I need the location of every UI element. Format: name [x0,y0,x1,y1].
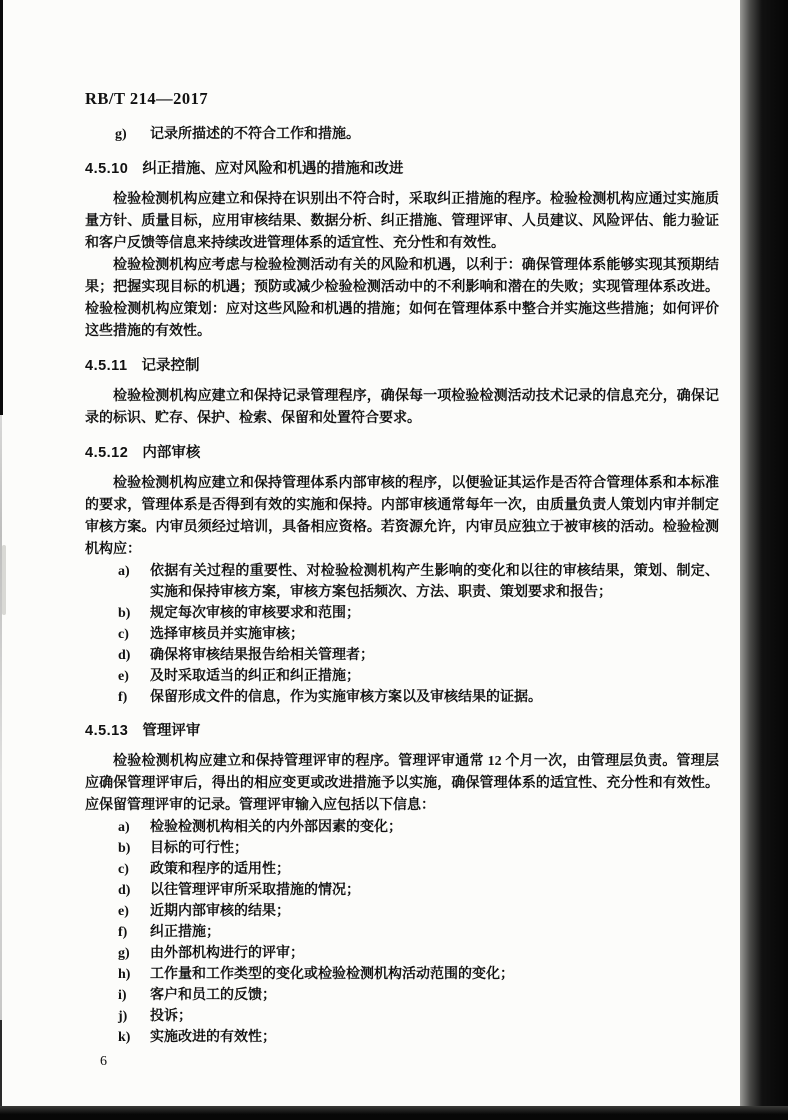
list-item: k) 实施改进的有效性； [85,1027,719,1048]
list-item-text: 目标的可行性； [150,841,248,856]
list-item: c) 政策和程序的适用性； [85,859,719,880]
list-item: c) 选择审核员并实施审核； [85,624,719,645]
list-item-text: 规定每次审核的审核要求和范围； [150,606,360,621]
section-title: 内部审核 [142,445,200,461]
list-item-text: 保留形成文件的信息，作为实施审核方案以及审核结果的证据。 [150,690,542,705]
list-marker: f) [118,922,127,943]
list-marker: e) [118,666,129,687]
list-item: i) 客户和员工的反馈； [85,985,719,1006]
list-item: a) 依据有关过程的重要性、对检验检测机构产生影响的变化和以往的审核结果，策划、… [85,561,719,603]
list-item: d) 以往管理评审所采取措施的情况； [85,880,719,901]
list-item: e) 近期内部审核的结果； [85,901,719,922]
list-item-text: 纠正措施； [150,925,220,940]
list-item-text: 选择审核员并实施审核； [150,627,304,642]
paragraph: 检验检测机构应建立和保持在识别出不符合时，采取纠正措施的程序。检验检测机构应通过… [85,189,719,255]
section-number: 4.5.11 [85,358,128,374]
list-item: h) 工作量和工作类型的变化或检验检测机构活动范围的变化； [85,964,719,985]
list-marker: b) [118,838,130,859]
list-item-text: 检验检测机构相关的内外部因素的变化； [150,820,402,835]
list-marker: d) [118,880,130,901]
list-marker: a) [118,817,130,838]
list-marker: c) [118,859,129,880]
list-item: g) 记录所描述的不符合工作和措施。 [85,124,719,146]
scan-edge-left-bottom [0,1020,2,1120]
section-heading: 4.5.10纠正措施、应对风险和机遇的措施和改进 [85,158,719,180]
list-marker: k) [118,1027,130,1048]
list-item: e) 及时采取适当的纠正和纠正措施； [85,666,719,687]
section-4-5-10: 4.5.10纠正措施、应对风险和机遇的措施和改进 检验检测机构应建立和保持在识别… [85,158,719,343]
section-heading: 4.5.12内部审核 [85,442,719,464]
list-item-text: 记录所描述的不符合工作和措施。 [150,127,360,142]
list-item: a) 检验检测机构相关的内外部因素的变化； [85,817,719,838]
management-review-inputs-list: a) 检验检测机构相关的内外部因素的变化； b) 目标的可行性； c) 政策和程… [85,817,719,1048]
list-item-text: 确保将审核结果报告给相关管理者； [150,648,374,663]
document-page: RB/T 214—2017 g) 记录所描述的不符合工作和措施。 4.5.10纠… [85,88,719,1073]
section-4-5-13: 4.5.13管理评审 检验检测机构应建立和保持管理评审的程序。管理评审通常 12… [85,720,719,1048]
list-item: b) 规定每次审核的审核要求和范围； [85,603,719,624]
list-item: j) 投诉； [85,1006,719,1027]
page-number: 6 [100,1051,719,1073]
list-item-text: 及时采取适当的纠正和纠正措施； [150,669,360,684]
list-marker: j) [118,1006,127,1027]
audit-requirements-list: a) 依据有关过程的重要性、对检验检测机构产生影响的变化和以往的审核结果，策划、… [85,561,719,708]
list-marker: g) [118,943,130,964]
section-number: 4.5.12 [85,445,128,461]
list-item-text: 政策和程序的适用性； [150,862,290,877]
list-marker: i) [118,985,127,1006]
section-title: 记录控制 [142,358,200,374]
section-number: 4.5.13 [85,723,128,739]
list-marker: a) [118,561,130,582]
scan-edge-left-top [0,0,3,415]
section-heading: 4.5.11记录控制 [85,355,719,377]
list-item: f) 纠正措施； [85,922,719,943]
list-item-text: 投诉； [150,1009,192,1024]
section-title: 管理评审 [142,723,200,739]
section-4-5-11: 4.5.11记录控制 检验检测机构应建立和保持记录管理程序，确保每一项检验检测活… [85,355,719,430]
list-item: g) 由外部机构进行的评审； [85,943,719,964]
paragraph: 检验检测机构应考虑与检验检测活动有关的风险和机遇，以利于：确保管理体系能够实现其… [85,255,719,343]
scan-edge-bottom-band [0,1106,788,1120]
list-item-text: 近期内部审核的结果； [150,904,290,919]
list-marker: g) [115,124,127,146]
list-marker: f) [118,687,127,708]
list-item-text: 客户和员工的反馈； [150,988,276,1003]
list-marker: h) [118,964,130,985]
scan-smudge [2,545,6,615]
list-marker: c) [118,624,129,645]
section-heading: 4.5.13管理评审 [85,720,719,742]
list-marker: b) [118,603,130,624]
scan-edge-right-band [740,0,788,1120]
document-header: RB/T 214—2017 [85,88,719,110]
list-item: d) 确保将审核结果报告给相关管理者； [85,645,719,666]
section-4-5-12: 4.5.12内部审核 检验检测机构应建立和保持管理体系内部审核的程序，以便验证其… [85,442,719,708]
section-number: 4.5.10 [85,161,128,177]
section-title: 纠正措施、应对风险和机遇的措施和改进 [142,161,403,177]
list-item-text: 工作量和工作类型的变化或检验检测机构活动范围的变化； [150,967,514,982]
list-marker: e) [118,901,129,922]
paragraph: 检验检测机构应建立和保持管理体系内部审核的程序，以便验证其运作是否符合管理体系和… [85,473,719,561]
paragraph: 检验检测机构应建立和保持记录管理程序，确保每一项检验检测活动技术记录的信息充分，… [85,386,719,430]
list-marker: d) [118,645,130,666]
list-item: b) 目标的可行性； [85,838,719,859]
list-item-text: 由外部机构进行的评审； [150,946,304,961]
scan-edge-left-mid [0,415,2,1020]
list-item-text: 实施改进的有效性； [150,1030,276,1045]
list-item-text: 以往管理评审所采取措施的情况； [150,883,360,898]
list-item: f) 保留形成文件的信息，作为实施审核方案以及审核结果的证据。 [85,687,719,708]
list-item-text: 依据有关过程的重要性、对检验检测机构产生影响的变化和以往的审核结果，策划、制定、… [150,564,719,600]
paragraph: 检验检测机构应建立和保持管理评审的程序。管理评审通常 12 个月一次，由管理层负… [85,751,719,817]
